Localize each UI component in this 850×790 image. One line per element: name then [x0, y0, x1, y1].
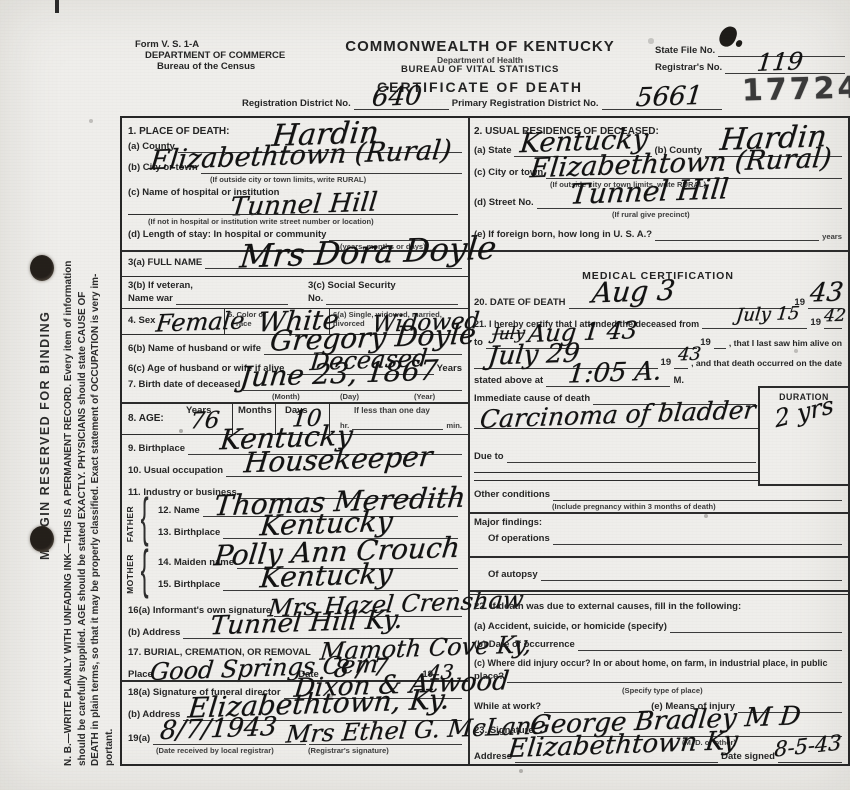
- age-min-label: min.: [446, 421, 462, 430]
- spouse-age-suffix: Years: [437, 364, 462, 375]
- commonwealth-title: COMMONWEALTH OF KENTUCKY: [300, 38, 660, 55]
- hw-birthdate: June 23, 1867: [239, 356, 439, 391]
- father-brace: {: [141, 491, 149, 545]
- birthplace-label: 9. Birthplace: [128, 444, 185, 455]
- city-caption: (If outside city or town limits, write R…: [210, 175, 366, 184]
- header-center: COMMONWEALTH OF KENTUCKY Department of H…: [300, 38, 660, 95]
- age-hr-blank: [352, 420, 443, 430]
- line-under-fullname: [122, 276, 468, 277]
- external-b-blank: [578, 641, 842, 651]
- hw-dod-year: 43: [809, 279, 845, 306]
- hw-time: 1:05 A.: [567, 358, 663, 387]
- scan-specks: [0, 0, 2, 2]
- other-blank: [553, 491, 842, 501]
- margin-note-line4: portant.: [103, 26, 117, 766]
- received-label: 19(a): [128, 734, 150, 745]
- hw-physician-address: Elizabethtown Ky: [507, 728, 739, 762]
- due-to-blank: [507, 453, 756, 463]
- stated-label: stated above at: [474, 376, 543, 387]
- due-line-2: [474, 472, 758, 473]
- margin-note-line3: DEATH in plain terms, so that it may be …: [89, 26, 103, 766]
- autopsy-label: Of autopsy: [488, 570, 538, 581]
- hw-mother-birthplace: Kentucky: [259, 560, 394, 593]
- mother-side-label: MOTHER: [125, 552, 135, 596]
- external-c-blank: [507, 673, 842, 683]
- field-external-c: place?: [474, 672, 842, 683]
- line-above-findings: [468, 512, 848, 514]
- fullname-label: 3(a) FULL NAME: [128, 258, 202, 269]
- received-caption: (Date received by local registrar): [156, 746, 274, 755]
- death-certificate-scan: N. B.—WRITE PLAINLY WITH UNFADING INK—TH…: [0, 0, 850, 790]
- field-due-to: Due to: [474, 452, 756, 463]
- foreign-label: (e) If foreign born, how long in U. S. A…: [474, 230, 652, 241]
- punch-hole-bottom: [30, 526, 54, 552]
- registrar-caption: (Registrar's signature): [308, 746, 389, 755]
- res-street-label: (d) Street No.: [474, 198, 534, 209]
- hw-res-street: Tunnel Hill: [569, 175, 730, 209]
- punch-hole-top: [30, 255, 54, 281]
- from-year-printed: 19: [810, 318, 821, 329]
- operations-label: Of operations: [488, 534, 550, 545]
- hw-last-year: 43: [677, 346, 702, 365]
- margin-note: N. B.—WRITE PLAINLY WITH UNFADING INK—TH…: [62, 26, 116, 766]
- line-between-findings: [468, 556, 848, 558]
- sex-label: 4. Sex: [128, 316, 155, 327]
- father-bp-label: 13. Birthplace: [158, 528, 220, 539]
- cap-day: (Day): [340, 392, 359, 401]
- other-caption: (Include pregnancy within 3 months of de…: [552, 502, 716, 511]
- cap-year: (Year): [414, 392, 435, 401]
- margin-note-line1: N. B.—WRITE PLAINLY WITH UNFADING INK—TH…: [62, 26, 76, 766]
- autopsy-blank: [541, 571, 842, 581]
- mother-brace: {: [141, 543, 149, 597]
- foreign-blank: [655, 231, 819, 241]
- to-year-blank: [714, 339, 726, 349]
- field-age-hr-min: hr.min.: [340, 420, 462, 430]
- field-ssn: No.: [308, 294, 458, 305]
- registrar-no-label: Registrar's No.: [655, 63, 722, 74]
- certificate-title: CERTIFICATE OF DEATH: [300, 79, 660, 95]
- state-file-row: State File No.: [655, 46, 845, 57]
- external-c-caption: (Specify type of place): [622, 686, 703, 695]
- hospital-line: [128, 214, 458, 215]
- hw-last-saw: July 29: [487, 340, 581, 369]
- informant-addr-label: (b) Address: [128, 628, 180, 639]
- certify-text-2: , that I last saw him alive on: [729, 339, 842, 349]
- field-external-b: (b) Date of occurrence: [474, 640, 842, 651]
- operations-blank: [553, 535, 842, 545]
- field-veteran-war: Name war: [128, 294, 288, 305]
- dod-label: 20. DATE OF DEATH: [474, 298, 566, 309]
- hw-received-date: 8/7/1943: [159, 714, 278, 744]
- father-side-label: FATHER: [125, 502, 135, 546]
- hw-dod: Aug 3: [591, 276, 677, 307]
- hw-primary-district: 5661: [635, 83, 704, 111]
- field-operations: Of operations: [488, 534, 842, 545]
- age-months-label: Months: [238, 406, 272, 417]
- bureau-census: Bureau of the Census: [157, 62, 285, 73]
- spouse-label: 6(b) Name of husband or wife: [128, 344, 261, 355]
- age-label: 8. AGE:: [128, 413, 164, 424]
- field-autopsy: Of autopsy: [488, 570, 842, 581]
- form-meta: Form V. S. 1-A DEPARTMENT OF COMMERCE Bu…: [135, 40, 285, 73]
- primary-district-label: Primary Registration District No.: [452, 99, 599, 110]
- other-label: Other conditions: [474, 490, 550, 501]
- hw-hospital: Tunnel Hill: [229, 189, 379, 220]
- hw-attended-from: July 15: [735, 305, 800, 325]
- hw-reg-district: 640: [371, 83, 423, 111]
- certify-text-3: , and that death occurred on the date: [691, 359, 842, 369]
- external-c-label-1: (c) Where did injury occur? In or about …: [474, 658, 828, 668]
- binding-note: MARGIN RESERVED FOR BINDING: [38, 268, 52, 560]
- due-to-label: Due to: [474, 452, 504, 463]
- external-a-blank: [670, 623, 842, 633]
- hw-from-year: 42: [823, 308, 846, 326]
- line-above-22b: [468, 594, 848, 595]
- res-state-label: (a) State: [474, 146, 511, 157]
- birthdate-label: 7. Birth date of deceased: [128, 380, 240, 391]
- hospital-caption: (If not in hospital or institution write…: [148, 217, 374, 226]
- hw-registrar-no: 119: [756, 49, 804, 75]
- hw-occupation: Housekeeper: [243, 443, 434, 478]
- findings-label: Major findings:: [474, 518, 542, 529]
- external-b-label: (b) Date of occurrence: [474, 640, 575, 651]
- field-external-a: (a) Accident, suicide, or homicide (spec…: [474, 622, 842, 633]
- due-line-3: [474, 480, 758, 481]
- foreign-suffix: years: [822, 232, 842, 241]
- veteran-label: 3(b) If veteran,: [128, 281, 193, 292]
- m-label: M.: [673, 376, 684, 387]
- section1-heading: 1. PLACE OF DEATH:: [128, 126, 229, 137]
- field-other-conditions: Other conditions: [474, 490, 842, 501]
- file-number-stamp: 17724: [742, 70, 850, 108]
- external-c-label-2: place?: [474, 672, 504, 683]
- hw-fullname: Mrs Dora Doyle: [238, 231, 498, 272]
- race-label-2: race: [236, 319, 252, 328]
- ssn-no-label: No.: [308, 294, 323, 305]
- ssn-blank: [326, 295, 458, 305]
- hw-age-years: 76: [189, 409, 221, 433]
- margin-note-line2: should be carefully supplied. AGE should…: [76, 26, 90, 766]
- hw-informant-address: Tunnel Hill Ky.: [209, 607, 404, 640]
- cap-month: (Month): [272, 392, 300, 401]
- veteran-war-label: Name war: [128, 294, 173, 305]
- external-a-label: (a) Accident, suicide, or homicide (spec…: [474, 622, 667, 633]
- occupation-label: 10. Usual occupation: [128, 466, 223, 477]
- state-file-label: State File No.: [655, 46, 715, 57]
- res-street-caption: (If rural give precinct): [612, 210, 690, 219]
- cause-line-2: [474, 428, 758, 429]
- line-above-22a: [468, 590, 848, 592]
- field-foreign-born: (e) If foreign born, how long in U. S. A…: [474, 230, 842, 241]
- father-name-label: 12. Name: [158, 506, 200, 517]
- external-heading: 22. If death was due to external causes,…: [474, 602, 741, 613]
- edge-mark: [55, 0, 59, 13]
- age-less-label: If less than one day: [354, 406, 430, 415]
- form-body: 1. PLACE OF DEATH: (a) County Hardin (b)…: [120, 116, 850, 766]
- bureau-vital: BUREAU OF VITAL STATISTICS: [300, 65, 660, 76]
- to-label: to: [474, 338, 483, 349]
- veteran-war-blank: [176, 295, 288, 305]
- reg-district-label: Registration District No.: [242, 99, 351, 110]
- ssn-label: 3(c) Social Security: [308, 281, 396, 292]
- mother-bp-label: 15. Birthplace: [158, 580, 220, 591]
